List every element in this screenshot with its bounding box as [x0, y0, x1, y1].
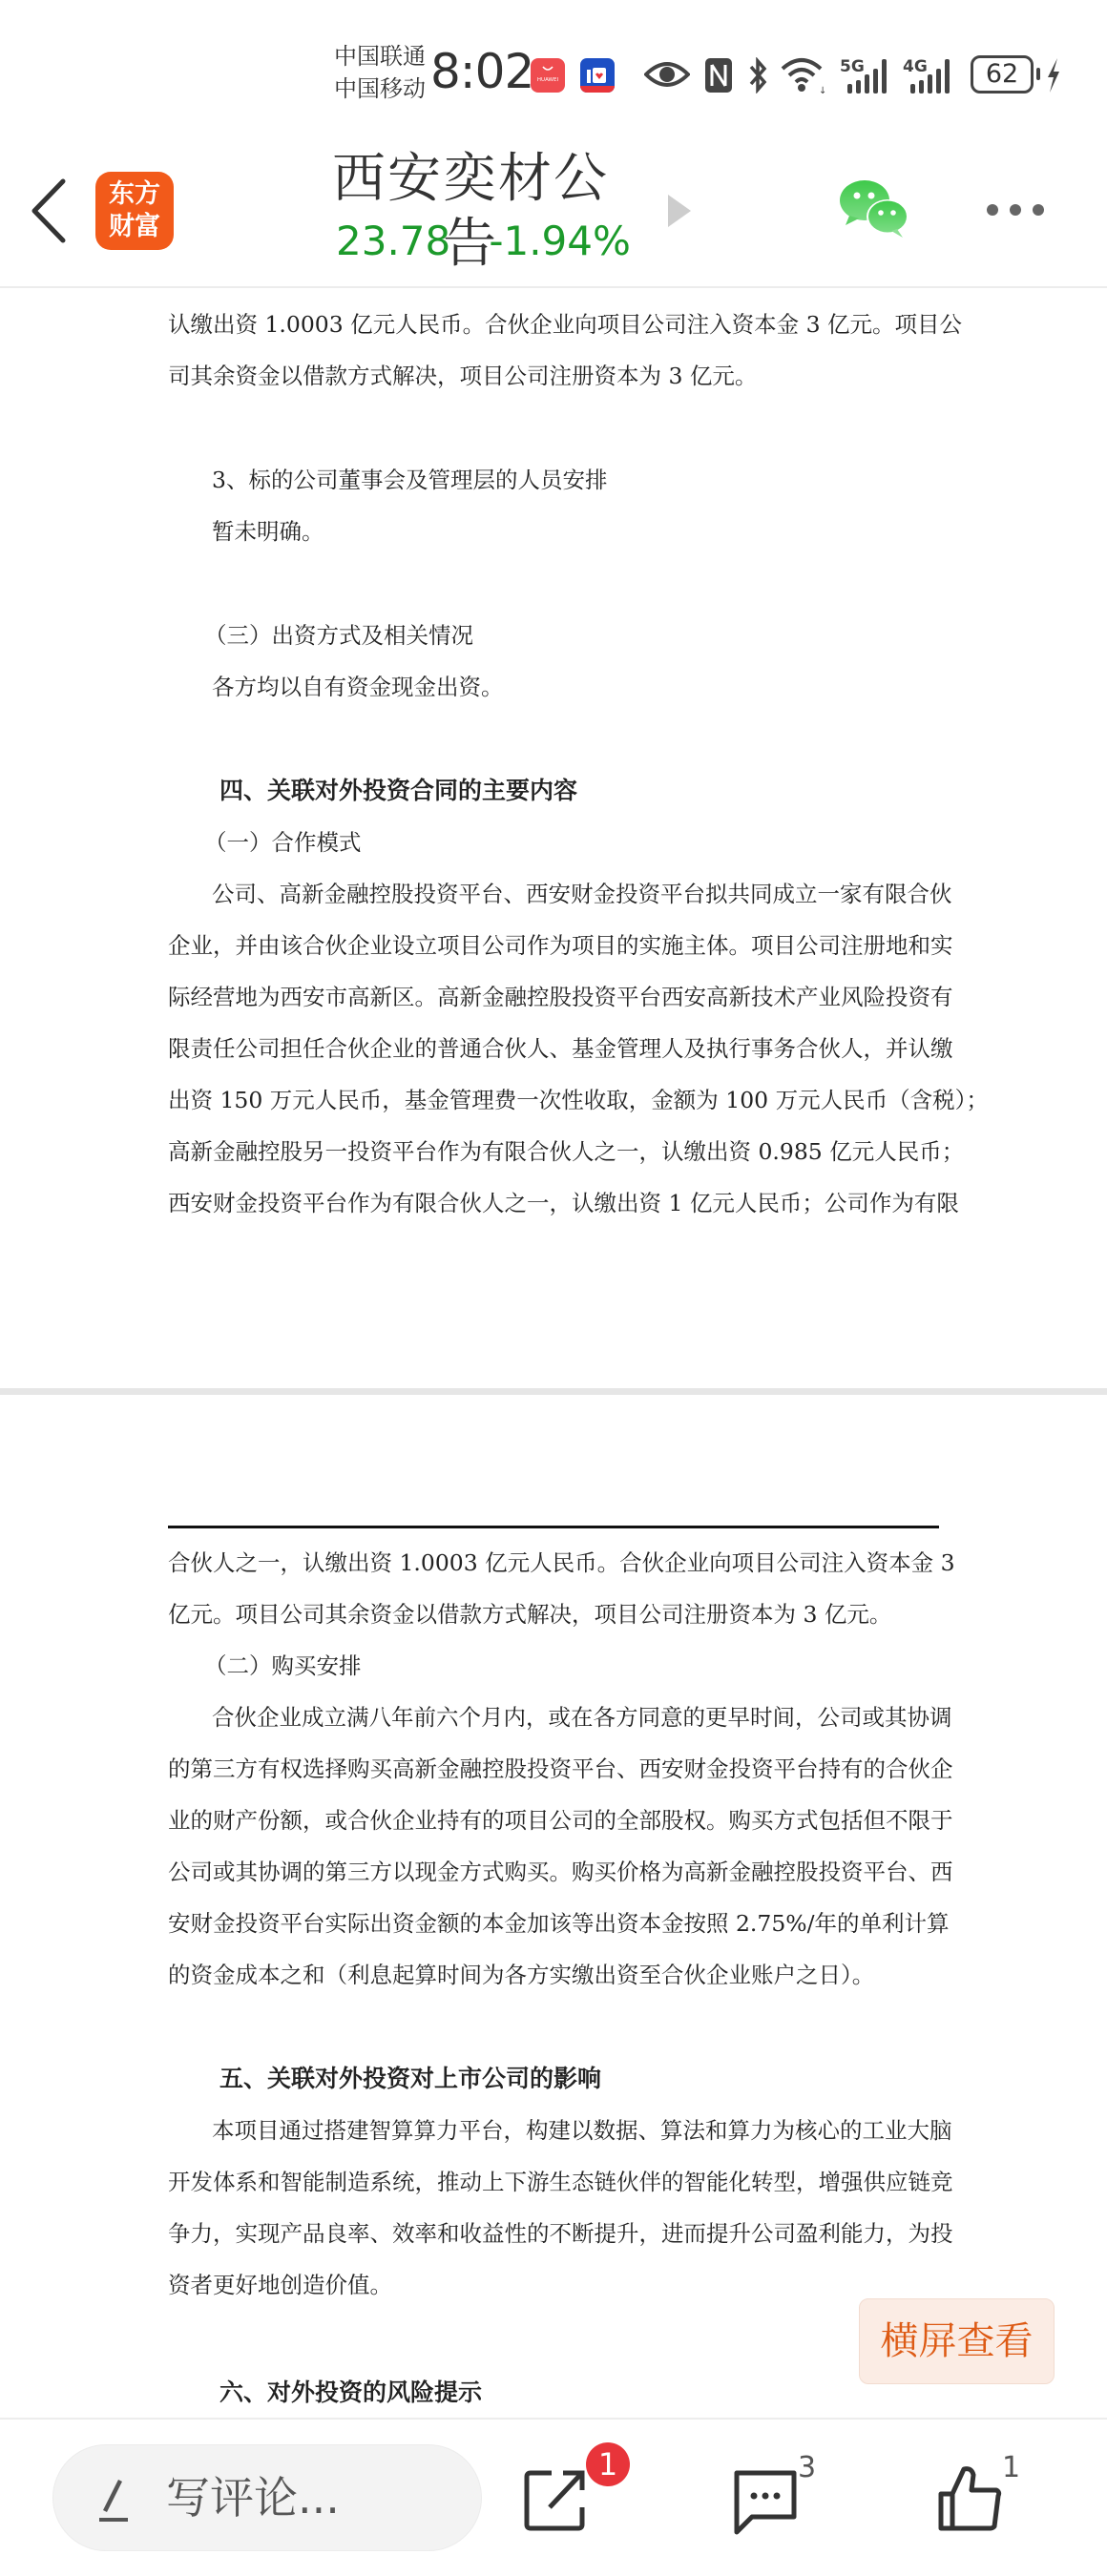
- bottom-bar-divider: [0, 2418, 1107, 2420]
- header-rule: [168, 1526, 939, 1528]
- text-line: 高新金融控股另一投资平台作为有限合伙人之一，认缴出资 0.985 亿元人民币；: [168, 1137, 943, 1166]
- svg-text:5G: 5G: [840, 57, 865, 76]
- text-line: 的资金成本之和（利息起算时间为各方实缴出资至合伙企业账户之日）。: [168, 1961, 943, 1989]
- subsection-heading: （一）合作模式: [204, 828, 362, 857]
- text-line: 业的财产份额，或合伙企业持有的项目公司的全部股权。购买方式包括但不限于: [168, 1806, 943, 1835]
- text-line: 公司、高新金融控股投资平台、西安财金投资平台拟共同成立一家有限合伙: [212, 880, 943, 908]
- subsection-heading: （二）购买安排: [204, 1652, 362, 1680]
- like-count: 1: [1002, 2452, 1020, 2484]
- stock-quote[interactable]: 23.78 -1.94%: [336, 218, 631, 265]
- carrier-2: 中国移动: [334, 74, 426, 103]
- text-line: 司其余资金以借款方式解决，项目公司注册资本为 3 亿元。: [168, 362, 943, 390]
- text-line: 合伙企业成立满八年前六个月内，或在各方同意的更早时间，公司或其协调: [212, 1703, 943, 1732]
- pencil-icon: [99, 2476, 128, 2527]
- text-line: 争力，实现产品良率、效率和收益性的不断提升，进而提升公司盈利能力，为投: [168, 2219, 943, 2248]
- section-heading: 四、关联对外投资合同的主要内容: [219, 777, 577, 805]
- eastmoney-logo[interactable]: 东方 财富: [95, 172, 174, 250]
- text-line: 限责任公司担任合伙企业的普通合伙人、基金管理人及执行事务合伙人，并认缴: [168, 1034, 943, 1063]
- app-notification-icon: [580, 58, 615, 93]
- stock-change: -1.94%: [489, 218, 631, 264]
- back-button[interactable]: [27, 177, 69, 248]
- svg-text:HUAWEI: HUAWEI: [537, 77, 559, 83]
- section-heading: 六、对外投资的风险提示: [219, 2379, 482, 2407]
- like-button[interactable]: [937, 2463, 1004, 2536]
- share-badge: 1: [586, 2442, 630, 2486]
- carrier-1: 中国联通: [334, 42, 426, 71]
- text-line: 暂未明确。: [212, 517, 324, 546]
- text-line: 开发体系和智能制造系统，推动上下游生态链伙伴的智能化转型，增强供应链竞: [168, 2168, 943, 2196]
- text-line: 亿元。项目公司其余资金以借款方式解决，项目公司注册资本为 3 亿元。: [168, 1600, 943, 1629]
- share-button[interactable]: [523, 2465, 590, 2536]
- svg-text:↓↑: ↓↑: [819, 86, 826, 95]
- text-line: 的第三方有权选择购买高新金融控股投资平台、西安财金投资平台持有的合伙企: [168, 1755, 943, 1783]
- text-line: 资者更好地创造价值。: [168, 2271, 943, 2299]
- landscape-view-button[interactable]: 横屏查看: [859, 2298, 1055, 2384]
- header-divider: [0, 286, 1107, 288]
- logo-line-1: 东方: [95, 178, 174, 211]
- battery-tip: [1036, 68, 1040, 80]
- battery-icon: 62: [971, 55, 1034, 93]
- 5g-signal-icon: 5G: [840, 55, 895, 99]
- comment-placeholder: 写评论...: [166, 2472, 340, 2524]
- page-divider: [0, 1388, 1107, 1395]
- comments-button[interactable]: [731, 2467, 800, 2540]
- wifi-icon: ↓↑: [781, 55, 826, 99]
- expand-arrow-icon[interactable]: [666, 193, 693, 233]
- clock: 8:02: [430, 44, 533, 99]
- item-heading: 3、标的公司董事会及管理层的人员安排: [212, 466, 607, 494]
- svg-text:4G: 4G: [903, 57, 928, 76]
- text-line: 各方均以自有资金现金出资。: [212, 673, 504, 701]
- logo-line-2: 财富: [95, 211, 174, 243]
- text-line: 公司或其协调的第三方以现金方式购买。购买价格为高新金融控股投资平台、西: [168, 1858, 943, 1886]
- section-heading: 五、关联对外投资对上市公司的影响: [219, 2065, 601, 2093]
- comment-count: 3: [798, 2452, 816, 2484]
- comment-input[interactable]: 写评论...: [52, 2444, 482, 2551]
- eye-comfort-icon: [644, 59, 690, 93]
- text-line: 企业，并由该合伙企业设立项目公司作为项目的实施主体。项目公司注册地和实: [168, 931, 943, 960]
- stock-price: 23.78: [336, 218, 450, 264]
- subsection-heading: （三）出资方式及相关情况: [204, 621, 473, 650]
- 4g-signal-icon: 4G: [903, 55, 958, 99]
- wechat-share-icon[interactable]: [838, 177, 912, 244]
- text-line: 出资 150 万元人民币，基金管理费一次性收取，金额为 100 万元人民币（含税…: [168, 1086, 943, 1114]
- bluetooth-icon: [747, 57, 768, 97]
- text-line: 认缴出资 1.0003 亿元人民币。合伙企业向项目公司注入资本金 3 亿元。项目…: [168, 310, 943, 339]
- text-line: 合伙人之一，认缴出资 1.0003 亿元人民币。合伙企业向项目公司注入资本金 3: [168, 1548, 943, 1577]
- nfc-icon: [704, 57, 733, 97]
- more-options-icon[interactable]: [985, 202, 1046, 221]
- charging-icon: [1046, 57, 1061, 97]
- text-line: 西安财金投资平台作为有限合伙人之一，认缴出资 1 亿元人民币；公司作为有限: [168, 1189, 943, 1217]
- text-line: 安财金投资平台实际出资金额的本金加该等出资本金按照 2.75%/年的单利计算: [168, 1909, 943, 1938]
- text-line: 本项目通过搭建智算算力平台，构建以数据、算法和算力为核心的工业大脑: [212, 2116, 943, 2145]
- text-line: 际经营地为西安市高新区。高新金融控股投资平台西安高新技术产业风险投资有: [168, 983, 943, 1011]
- huawei-appgallery-icon: HUAWEI: [531, 58, 565, 93]
